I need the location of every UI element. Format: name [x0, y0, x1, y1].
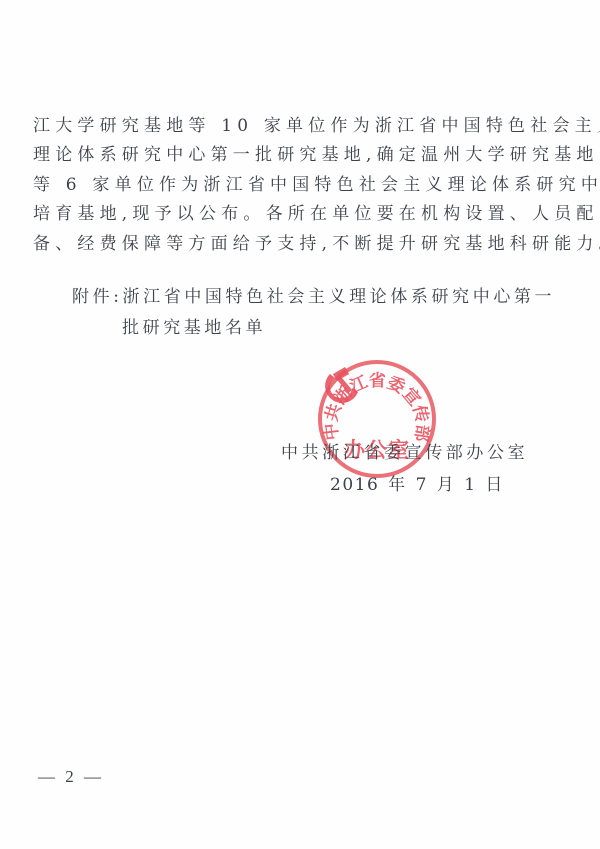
issue-date: 2016 年 7 月 1 日: [330, 475, 504, 495]
body-line-3: 等 6 家单位作为浙江省中国特色社会主义理论体系研究中心: [33, 175, 600, 195]
attachment-line-1: 附件:浙江省中国特色社会主义理论体系研究中心第一: [72, 287, 555, 307]
body-line-2: 理论体系研究中心第一批研究基地,确定温州大学研究基地: [33, 145, 599, 165]
signature: 中共浙江省委宣传部办公室: [281, 443, 528, 463]
page-number: — 2 —: [38, 767, 104, 787]
document-page: 江大学研究基地等 10 家单位作为浙江省中国特色社会主义 理论体系研究中心第一批…: [0, 0, 600, 849]
body-line-1: 江大学研究基地等 10 家单位作为浙江省中国特色社会主义: [33, 116, 600, 136]
attachment-line-2: 批研究基地名单: [122, 318, 266, 338]
body-line-4: 培育基地,现予以公布。各所在单位要在机构设置、人员配: [33, 204, 599, 224]
body-line-5: 备、经费保障等方面给予支持,不断提升研究基地科研能力。: [33, 234, 600, 254]
hammer-sickle-icon: [322, 364, 366, 404]
